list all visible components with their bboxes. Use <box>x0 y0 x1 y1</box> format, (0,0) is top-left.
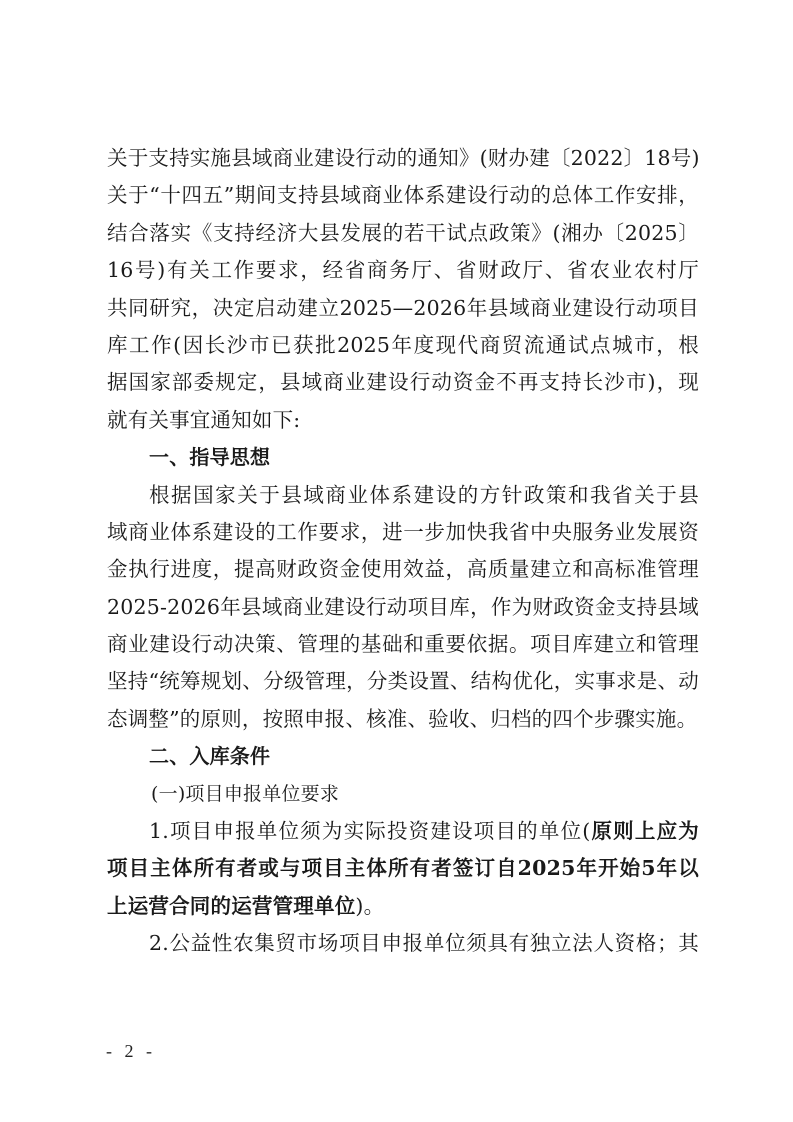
item1-bold-start: 原则上应为 <box>590 819 699 843</box>
section1-line-7: 态调整”的原则，按照申报、核准、验收、归档的四个步骤实施。 <box>107 701 699 738</box>
section-heading-guiding-ideology: 一、指导思想 <box>107 439 699 476</box>
intro-line-4: 16号)有关工作要求，经省商务厅、省财政厅、省农业农村厅 <box>107 252 699 289</box>
section1-line-4: 2025-2026年县域商业建设行动项目库，作为财政资金支持县域 <box>107 589 699 626</box>
item1-line-1: 1.项目申报单位须为实际投资建设项目的单位(原则上应为 <box>107 813 699 850</box>
item1-bold-end: 上运营合同的运营管理单位 <box>107 894 355 918</box>
subsection-heading-applicant-requirements: (一)项目申报单位要求 <box>107 776 699 813</box>
page-number: - 2 - <box>106 1041 156 1062</box>
section1-line-2: 域商业体系建设的工作要求，进一步加快我省中央服务业发展资 <box>107 514 699 551</box>
document-body: 关于支持实施县域商业建设行动的通知》(财办建〔2022〕18号) 关于“十四五”… <box>107 140 699 963</box>
section1-line-3: 金执行进度，提高财政资金使用效益，高质量建立和高标准管理 <box>107 551 699 588</box>
item1-normal-start: 1.项目申报单位须为实际投资建设项目的单位( <box>149 819 590 843</box>
intro-line-6: 库工作(因长沙市已获批2025年度现代商贸流通试点城市，根 <box>107 327 699 364</box>
item2-line-1: 2.公益性农集贸市场项目申报单位须具有独立法人资格；其 <box>107 925 699 962</box>
section-heading-entry-conditions: 二、入库条件 <box>107 738 699 775</box>
intro-line-2: 关于“十四五”期间支持县域商业体系建设行动的总体工作安排， <box>107 177 699 214</box>
intro-line-7: 据国家部委规定，县域商业建设行动资金不再支持长沙市)，现 <box>107 364 699 401</box>
section1-line-1: 根据国家关于县域商业体系建设的方针政策和我省关于县 <box>107 477 699 514</box>
item1-line-2: 项目主体所有者或与项目主体所有者签订自2025年开始5年以 <box>107 850 699 887</box>
document-page: 关于支持实施县域商业建设行动的通知》(财办建〔2022〕18号) 关于“十四五”… <box>0 0 793 1122</box>
item1-line-3: 上运营合同的运营管理单位)。 <box>107 888 699 925</box>
intro-line-1: 关于支持实施县域商业建设行动的通知》(财办建〔2022〕18号) <box>107 140 699 177</box>
intro-line-8: 就有关事宜通知如下: <box>107 402 699 439</box>
section1-line-5: 商业建设行动决策、管理的基础和重要依据。项目库建立和管理 <box>107 626 699 663</box>
item1-normal-end: )。 <box>355 894 384 918</box>
intro-line-3: 结合落实《支持经济大县发展的若干试点政策》(湘办〔2025〕 <box>107 215 699 252</box>
section1-line-6: 坚持“统筹规划、分级管理，分类设置、结构优化，实事求是、动 <box>107 663 699 700</box>
intro-line-5: 共同研究，决定启动建立2025—2026年县域商业建设行动项目 <box>107 290 699 327</box>
